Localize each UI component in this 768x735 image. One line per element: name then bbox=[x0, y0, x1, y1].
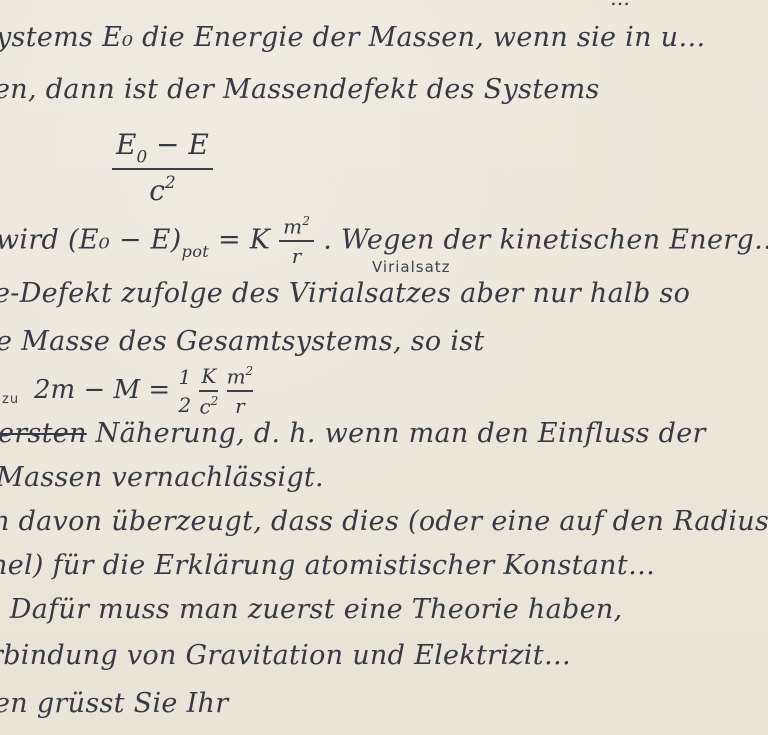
line-12-closing: en grüsst Sie Ihr bbox=[0, 688, 228, 719]
insertion-virialsatz: Virialsatz bbox=[372, 258, 451, 276]
equation-final: 2m − M = 12 Kc2 m2r bbox=[34, 364, 253, 418]
line-5: e Masse des Gesamtsystems, so ist bbox=[0, 326, 485, 357]
equation-mass-defect: E0 − E c2 bbox=[112, 128, 213, 207]
margin-mark: zu bbox=[2, 392, 19, 407]
line-1: ystems E₀ die Energie der Massen, wenn s… bbox=[0, 22, 706, 53]
line-4: e-Defekt zufolge des Virialsatzes aber n… bbox=[0, 278, 690, 309]
line-8: n davon überzeugt, dass dies (oder eine … bbox=[0, 506, 768, 537]
line-11: rbindung von Gravitation und Elektrizit… bbox=[0, 640, 571, 671]
line-7: Massen vernachlässigt. bbox=[0, 462, 324, 493]
line-9: nel) für die Erklärung atomistischer Kon… bbox=[0, 550, 655, 581]
line-6: ersten Näherung, d. h. wenn man den Einf… bbox=[0, 418, 706, 449]
line-2: en, dann ist der Massendefekt des System… bbox=[0, 74, 600, 105]
manuscript-page: … ystems E₀ die Energie der Massen, wenn… bbox=[0, 0, 768, 735]
struck-word: ersten bbox=[0, 418, 87, 449]
fraction-bar bbox=[112, 168, 213, 170]
line-10: . Dafür muss man zuerst eine Theorie hab… bbox=[0, 594, 622, 625]
line-partial-top: … bbox=[610, 0, 630, 10]
